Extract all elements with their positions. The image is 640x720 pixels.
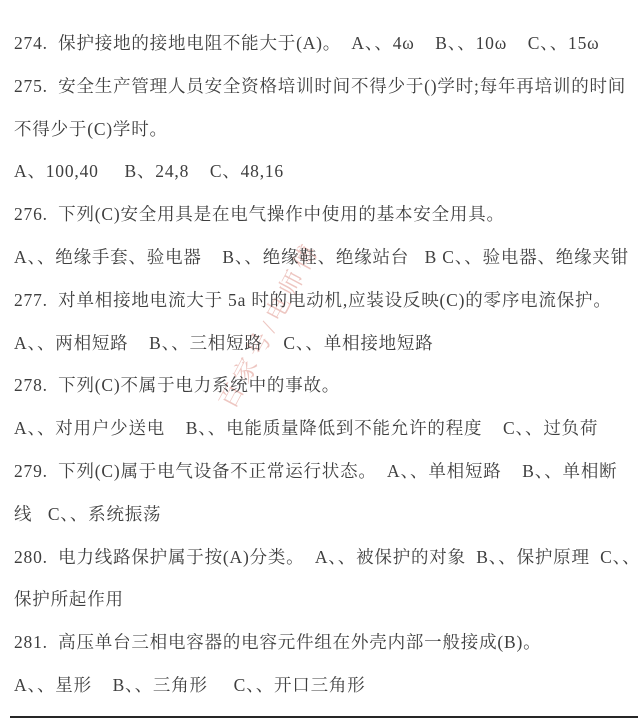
document-page: 百家号/电师傅 274. 保护接地的接地电阻不能大于(A)。 A、、4ω B、、… [0, 0, 640, 720]
line-q278: 278. 下列(C)不属于电力系统中的事故。 [14, 364, 634, 407]
line-q280-part2: 保护所起作用 [14, 578, 634, 621]
line-q274: 274. 保护接地的接地电阻不能大于(A)。 A、、4ω B、、10ω C、、1… [14, 22, 634, 65]
line-q278-options: A、、对用户少送电 B、、电能质量降低到不能允许的程度 C、、过负荷 [14, 407, 634, 450]
line-q280-part1: 280. 电力线路保护属于按(A)分类。 A、、被保护的对象 B、、保护原理 C… [14, 536, 634, 579]
line-q275-options: A、100,40 B、24,8 C、48,16 [14, 150, 634, 193]
line-q281: 281. 高压单台三相电容器的电容元件组在外壳内部一般接成(B)。 [14, 621, 634, 664]
line-q276-options: A、、绝缘手套、验电器 B、、绝缘鞋、绝缘站台 B C、、验电器、绝缘夹钳 [14, 236, 634, 279]
line-q279-part2: 线 C、、系统振荡 [14, 493, 634, 536]
line-q279-part1: 279. 下列(C)属于电气设备不正常运行状态。 A、、单相短路 B、、单相断 [14, 450, 634, 493]
bottom-border-rule [10, 716, 638, 718]
line-q277-options: A、、两相短路 B、、三相短路 C、、单相接地短路 [14, 322, 634, 365]
line-q277: 277. 对单相接地电流大于 5a 时的电动机,应装设反映(C)的零序电流保护。 [14, 279, 634, 322]
line-q281-options: A、、星形 B、、三角形 C、、开口三角形 [14, 664, 634, 707]
line-q275-part2: 不得少于(C)学时。 [14, 108, 634, 151]
question-text-block: 274. 保护接地的接地电阻不能大于(A)。 A、、4ω B、、10ω C、、1… [14, 22, 634, 707]
line-q275-part1: 275. 安全生产管理人员安全资格培训时间不得少于()学时;每年再培训的时间 [14, 65, 634, 108]
line-q276: 276. 下列(C)安全用具是在电气操作中使用的基本安全用具。 [14, 193, 634, 236]
